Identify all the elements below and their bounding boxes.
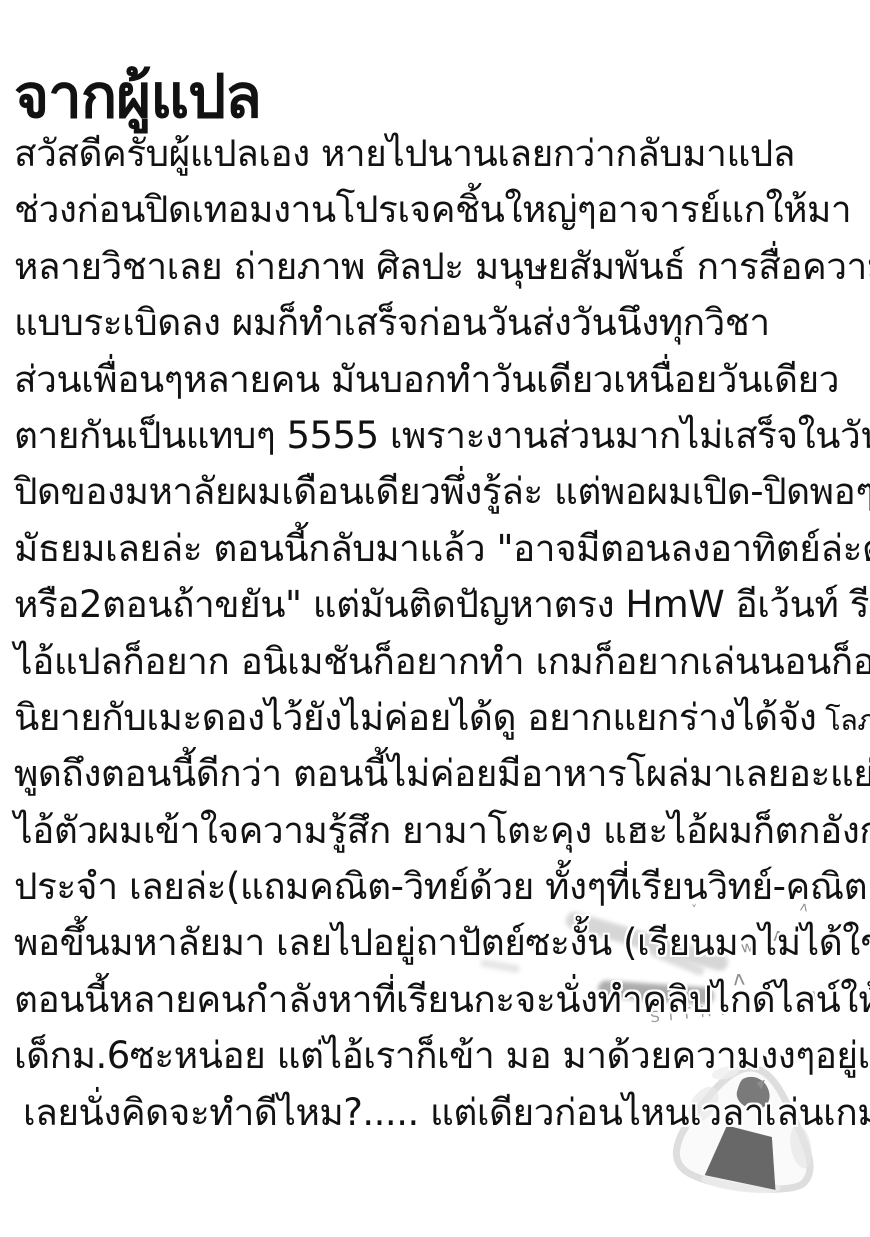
- text-line: มัธยมเลยล่ะ ตอนนี้กลับมาแล้ว "อาจมีตอนลง…: [14, 521, 864, 577]
- text-line: ปิดของมหาลัยผมเดือนเดียวพึ่งรู้ล่ะ แต่พอ…: [14, 464, 864, 520]
- text-line-main: นิยายกับเมะดองไว้ยังไม่ค่อยได้ดู อยากแยก…: [14, 696, 816, 739]
- text-line: พูดถึงตอนนี้ดีกว่า ตอนนี้ไม่ค่อยมีอาหารโ…: [14, 746, 864, 802]
- text-line: หลายวิชาเลย ถ่ายภาพ ศิลปะ มนุษยสัมพันธ์ …: [14, 239, 864, 295]
- text-line: นิยายกับเมะดองไว้ยังไม่ค่อยได้ดู อยากแยก…: [14, 690, 864, 746]
- translator-note-body: สวัสดีครับผู้แปลเอง หายไปนานเลยกว่ากลับม…: [14, 126, 864, 1141]
- text-line: ส่วนเพื่อนๆหลายคน มันบอกทำวันเดียวเหนื่อ…: [14, 352, 864, 408]
- text-line: หรือ2ตอนถ้าขยัน" แต่มันติดปัญหาตรง HmW อ…: [14, 577, 864, 633]
- text-line: ไอ้ตัวผมเข้าใจความรู้สึก ยามาโตะคุง แฮะไ…: [14, 803, 864, 859]
- text-line: ตายกันเป็นแทบๆ 5555 เพราะงานส่วนมากไม่เส…: [14, 408, 864, 464]
- text-line: ตอนนี้หลายคนกำลังหาที่เรียนกะจะนั่งทำคลิ…: [14, 972, 864, 1028]
- text-line: ไอ้แปลก็อยาก อนิเมชันก็อยากทำ เกมก็อยากเ…: [14, 634, 864, 690]
- text-line: ช่วงก่อนปิดเทอมงานโปรเจคชิ้นใหญ่ๆอาจารย์…: [14, 182, 864, 238]
- text-line: แบบระเบิดลง ผมก็ทำเสร็จก่อนวันส่งวันนึงท…: [14, 295, 864, 351]
- text-line: สวัสดีครับผู้แปลเอง หายไปนานเลยกว่ากลับม…: [14, 126, 864, 182]
- translator-note-page: จากผู้แปล w ʌ ʌ ʌ ʌ ˬ SITHI สวัสดีครับผู…: [0, 0, 870, 1237]
- text-line: เด็กม.6ซะหน่อย แต่ไอ้เราก็เข้า มอ มาด้วย…: [14, 1028, 864, 1084]
- text-line: พอขึ้นมหาลัยมา เลยไปอยู่ถาปัตย์ซะงั้น (เ…: [14, 915, 864, 971]
- text-line-small-suffix: โลภมากจังเรา: [816, 703, 870, 737]
- text-line: เลยนั่งคิดจะทำดีไหม?..... แต่เดียวก่อนไห…: [14, 1085, 864, 1141]
- text-line: ประจำ เลยล่ะ(แถมคณิต-วิทย์ด้วย ทั้งๆที่เ…: [14, 859, 864, 915]
- page-title: จากผู้แปล: [14, 58, 261, 136]
